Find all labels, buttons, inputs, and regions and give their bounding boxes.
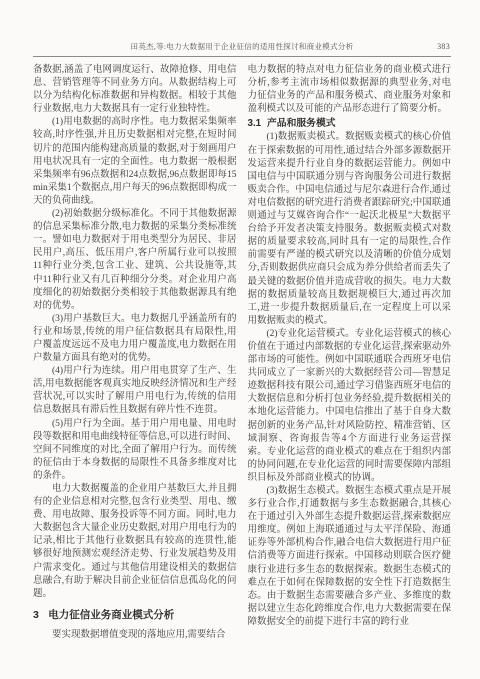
left-column: 备数据,涵盖了电网调度运行、故障抢修、用电信息、营销管理等不同业务方向。从数据结…	[33, 64, 237, 642]
paragraph: 备数据,涵盖了电网调度运行、故障抢修、用电信息、营销管理等不同业务方向。从数据结…	[33, 64, 237, 116]
right-column: 电力数据的特点对电力征信业务的商业模式进行分析,参考主流市场相似数据源的典型业务…	[248, 64, 452, 642]
two-column-body: 备数据,涵盖了电网调度运行、故障抢修、用电信息、营销管理等不同业务方向。从数据结…	[33, 64, 451, 642]
paragraph: (2)专业化运营模式。专业化运营模式的核心价值在于通过内部数据的专业化运营,探索…	[248, 328, 452, 485]
section-heading-3: 3电力征信业务商业模式分析	[33, 609, 237, 622]
section-number: 3.1	[248, 118, 262, 129]
running-title: 田英杰,等:电力大数据用于企业征信的适用性探讨和商业模式分析	[131, 42, 354, 51]
paragraph: (1)数据贩卖模式。数据贩卖模式的核心价值在于探索数据的可用性,通过结合外部多源…	[248, 131, 452, 327]
header-rule	[33, 56, 451, 57]
paragraph: (3)数据生态模式。数据生态模式重点是开展多行业合作,打通数据与多生态数据融合,…	[248, 485, 452, 629]
section-title: 电力征信业务商业模式分析	[48, 609, 174, 621]
paragraph: 要实现数据增值变现的落地应用,需要结合	[33, 629, 237, 642]
paragraph: 电力大数据覆盖的企业用户基数巨大,并且拥有的企业信息相对完整,包含行业类型、用电…	[33, 483, 237, 601]
section-heading-3-1: 3.1产品和服务模式	[248, 117, 452, 130]
running-header: 田英杰,等:电力大数据用于企业征信的适用性探讨和商业模式分析 383	[33, 40, 451, 53]
paragraph: 电力数据的特点对电力征信业务的商业模式进行分析,参考主流市场相似数据源的典型业务…	[248, 64, 452, 116]
paragraph: (5)用户行为全面。基于用户用电量、用电时段等数据和用电曲线特征等信息,可以进行…	[33, 418, 237, 483]
paper-page: 田英杰,等:电力大数据用于企业征信的适用性探讨和商业模式分析 383 备数据,涵…	[0, 0, 480, 679]
paragraph: (4)用户行为连续。用户用电贯穿了生产、生活,用电数据能客观真实地反映经济情况和…	[33, 365, 237, 417]
paragraph: (3)用户基数巨大。电力数据几乎涵盖所有的行业和场景,传统的用户征信数据具有局限…	[33, 313, 237, 365]
section-title: 产品和服务模式	[267, 118, 336, 129]
section-number: 3	[33, 609, 39, 621]
page-number: 383	[437, 40, 450, 53]
paragraph: (1)用电数据的高时序性。电力数据采集频率较高,时序性强,并且历史数据相对完整,…	[33, 116, 237, 208]
paragraph: (2)初始数据分级标准化。不同于其他数据源的信息采集标准分散,电力数据的采集分类…	[33, 208, 237, 313]
